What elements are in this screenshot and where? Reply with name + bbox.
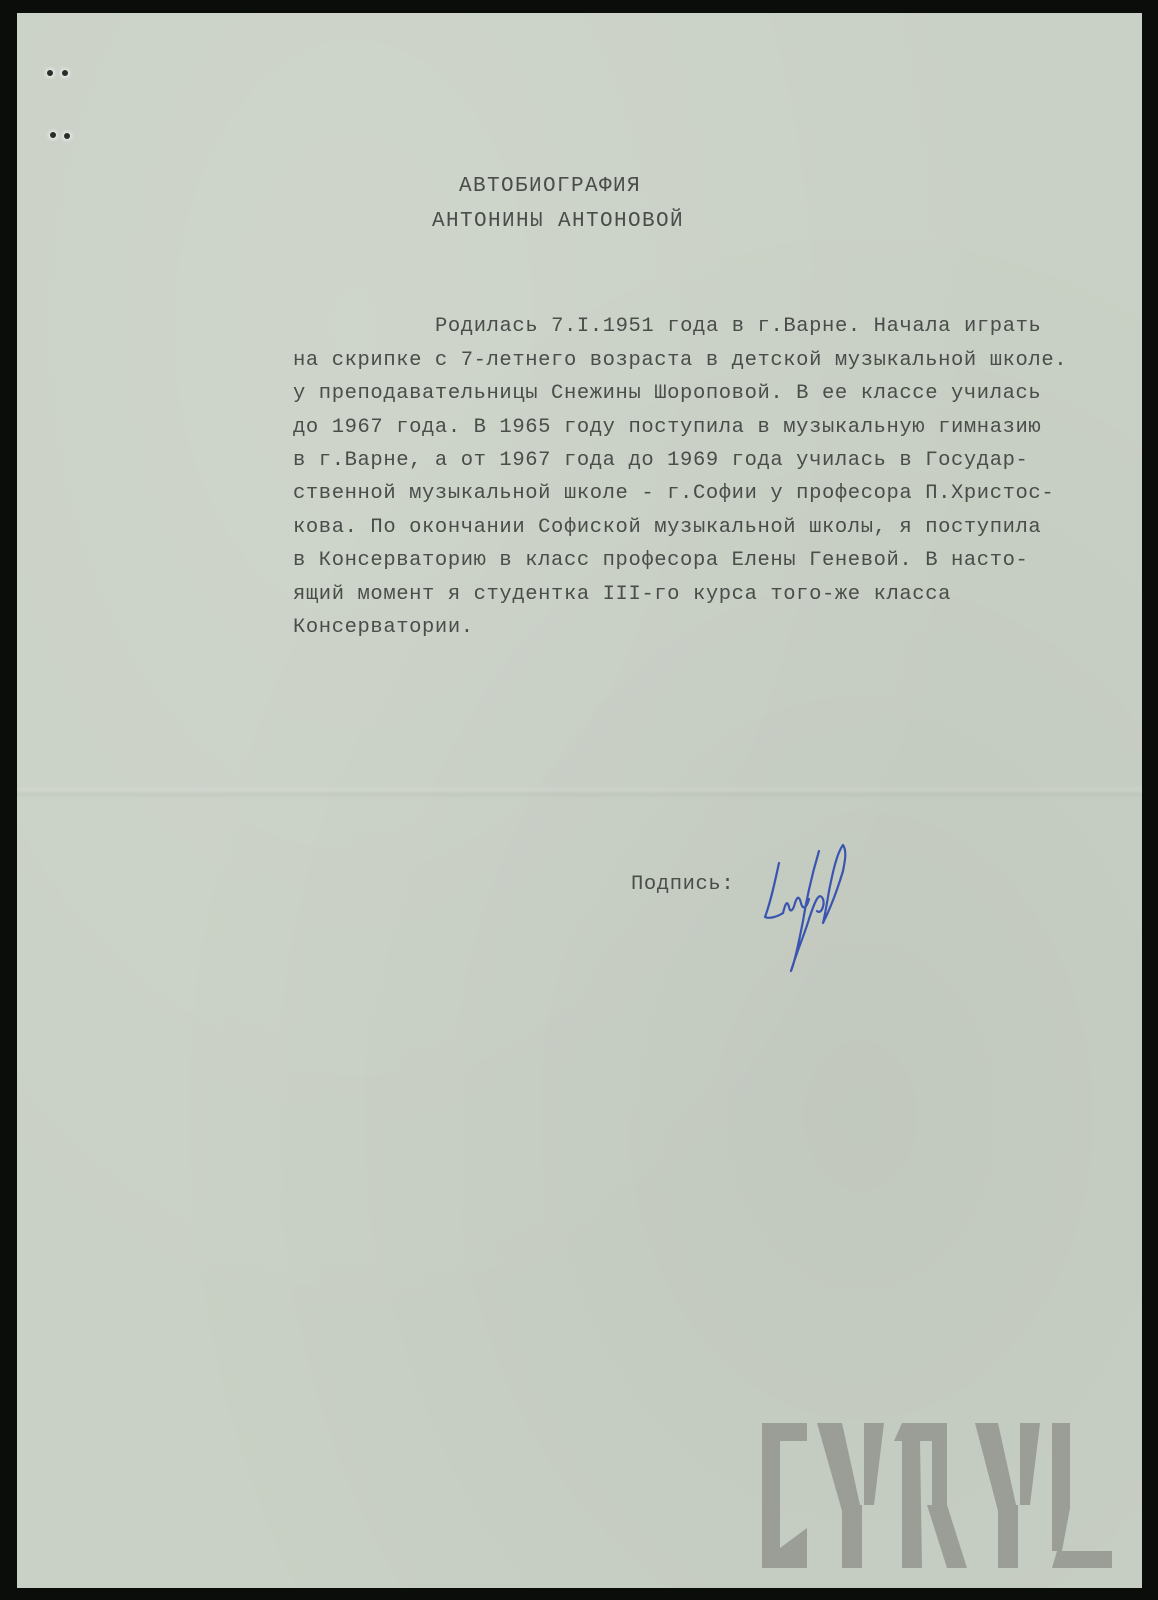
punch-hole-icon [62,70,68,76]
body-line: кова. По окончании Софиской музыкальной … [293,516,1041,539]
body-line: Консерватории. [293,616,474,639]
body-line: до 1967 года. В 1965 году поступила в му… [293,416,1041,439]
punch-hole-icon [47,70,53,76]
body-line: ящий момент я студентка III-го курса тог… [293,583,951,606]
body-line: в Консерваторию в класс професора Елены … [293,549,1028,572]
document-page: АВТОБИОГРАФИЯ АНТОНИНЫ АНТОНОВОЙ Родилас… [17,13,1142,1588]
body-line: на скрипке с 7-летнего возраста в детско… [293,349,1067,372]
body-line: в г.Варне, а от 1967 года до 1969 года у… [293,449,1028,472]
handwritten-signature [757,841,857,981]
document-title: АВТОБИОГРАФИЯ [459,175,641,198]
punch-hole-icon [64,133,70,139]
signature-label: Подпись: [631,873,734,896]
body-line: у преподавательницы Снежины Шороповой. В… [293,382,1041,405]
cyryl-watermark-logo [762,1423,1120,1573]
body-line: Родилась 7.I.1951 года в г.Варне. Начала… [435,315,1041,338]
body-line: ственной музыкальной школе - г.Софии у п… [293,482,1054,505]
document-subtitle: АНТОНИНЫ АНТОНОВОЙ [432,210,684,233]
punch-hole-icon [50,132,56,138]
page-fold-line [17,785,1142,799]
